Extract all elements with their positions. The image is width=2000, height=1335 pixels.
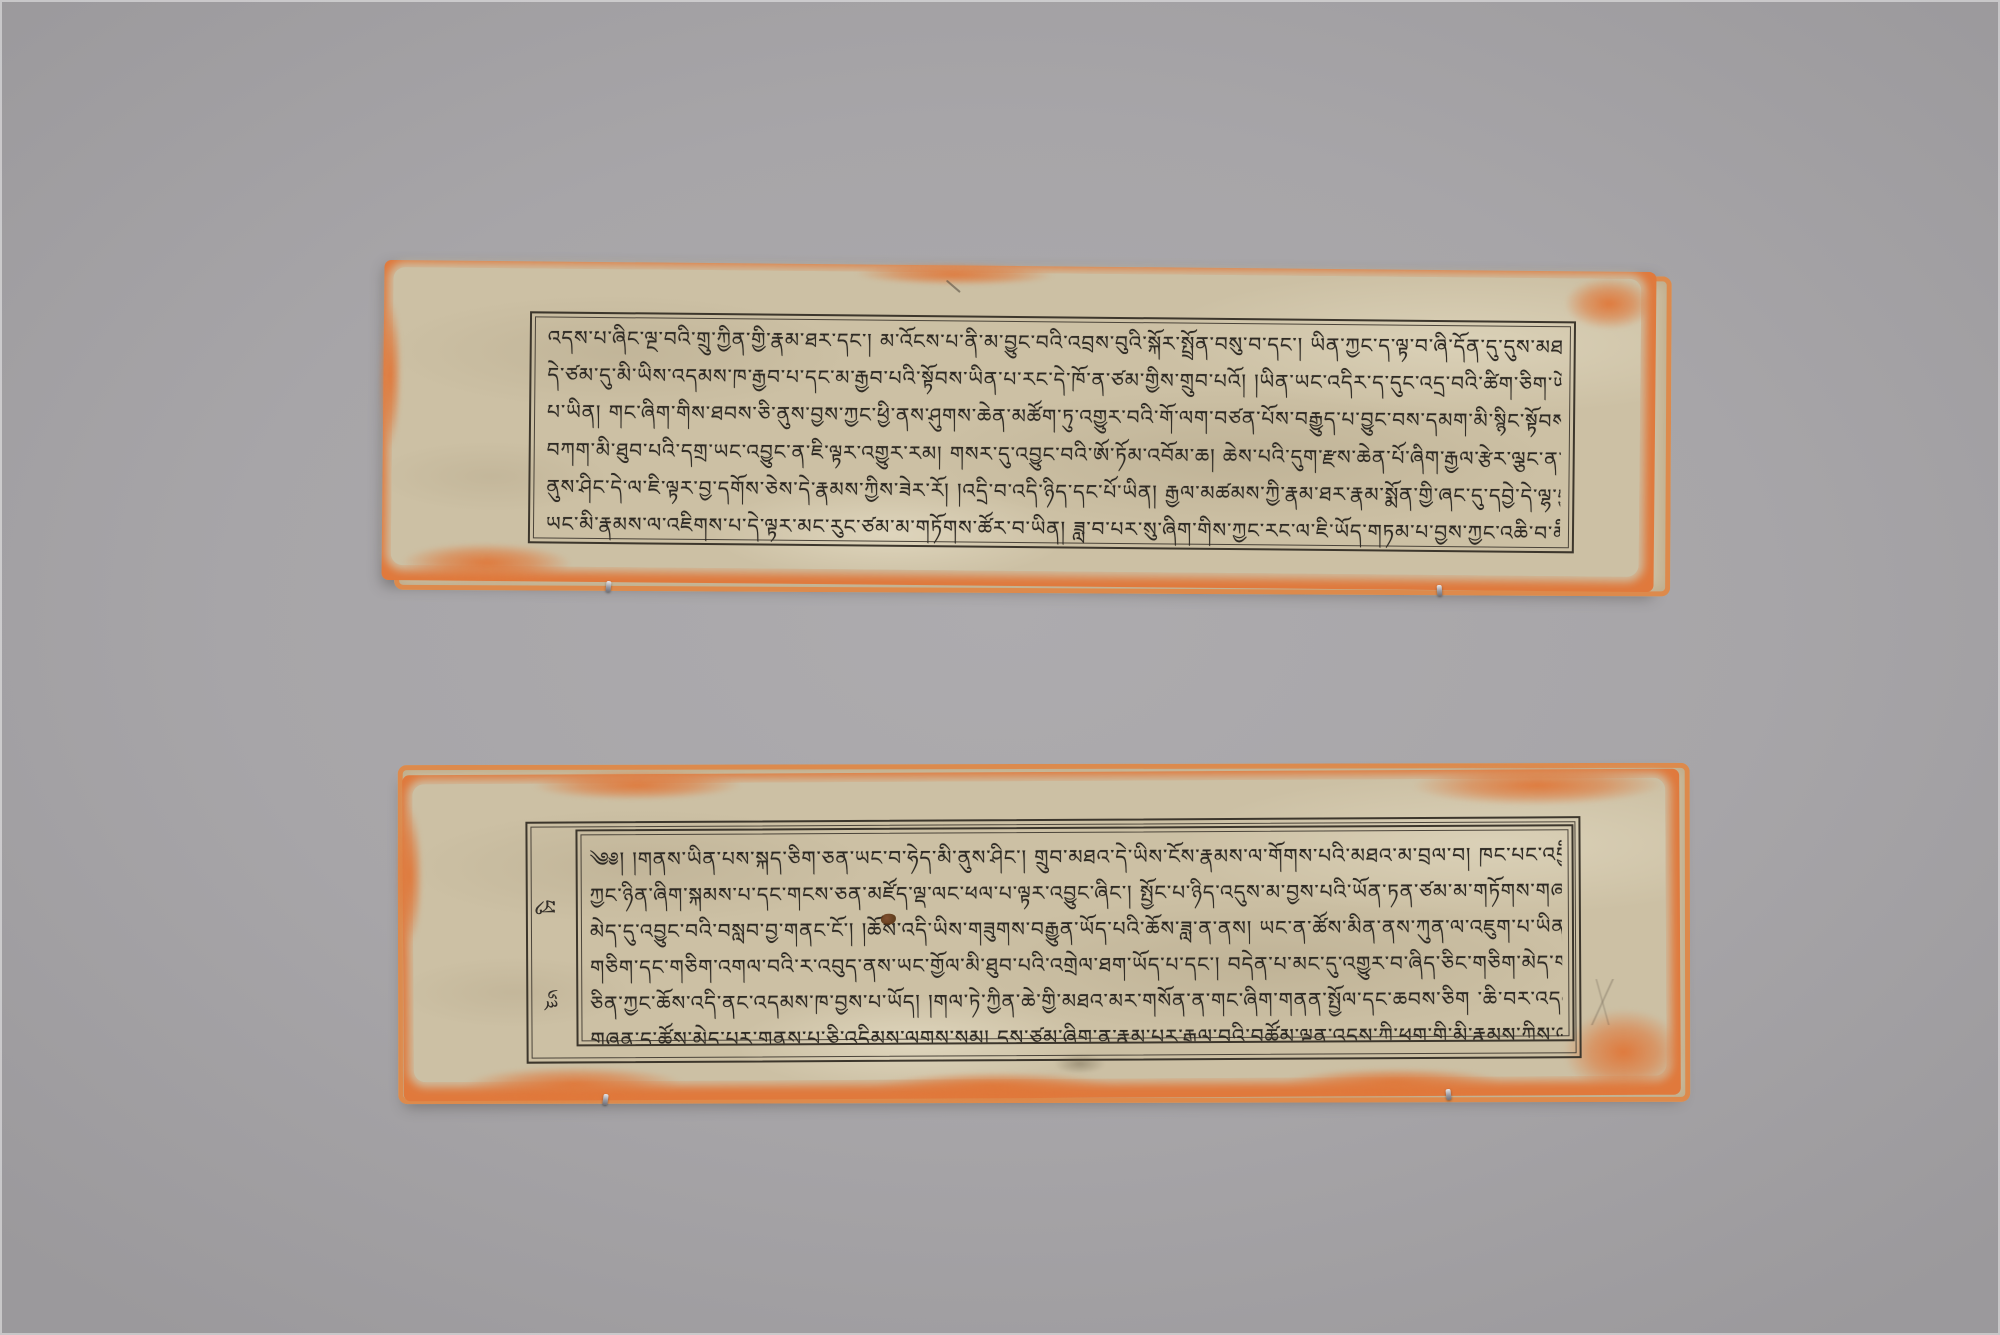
orange-bleed [1284,1068,1504,1097]
orange-bleed [401,542,571,584]
orange-bleed [874,1072,1114,1101]
printed-outer-frame: ཕུ ༦༣ ༄༅། །གནས་ཡིན་པས་སྐད་ཅིག་ཅན་ཡང་བ་ཧེ… [525,816,1581,1064]
text-block: འདས་པ་ཞིང་ལྔ་བའི་གྲུ་ཀྱིན་གྱི་རྣམ་ཐར་དང་… [530,313,1574,551]
orange-bleed [1412,765,1662,806]
photo-background: འདས་པ་ཞིང་ལྔ་བའི་གྲུ་ཀྱིན་གྱི་རྣམ་ཐར་དང་… [0,0,2000,1335]
printed-text-frame: འདས་པ་ཞིང་ལྔ་བའི་གྲུ་ཀྱིན་གྱི་རྣམ་ཐར་དང་… [528,311,1576,553]
manuscript-leaf-bottom: ཕུ ༦༣ ༄༅། །གནས་ཡིན་པས་སྐད་ཅིག་ཅན་ཡང་བ་ཧེ… [402,769,1681,1102]
margin-title-column: ཕུ ༦༣ [527,823,576,1061]
margin-folio-label: ཕུ [510,899,572,913]
mounting-pin [1437,585,1443,596]
orange-bleed [1564,277,1654,330]
printed-text-frame: ༄༅། །གནས་ཡིན་པས་སྐད་ཅིག་ཅན་ཡང་བ་ཧེད་མི་ན… [575,824,1574,1046]
text-line: ༄༅། །གནས་ཡིན་པས་སྐད་ཅིག་ཅན་ཡང་བ་ཧེད་མི་ན… [590,836,1562,877]
text-line: མེད་དུ་འབྱུང་བའི་བསླབ་བྱ་གནང་ངོ་། །ཆོས་འ… [590,908,1562,949]
orange-bleed [532,770,742,801]
orange-bleed [379,300,402,450]
text-line: ཅིན་ཀྱང་ཆོས་འདི་ནང་འདམས་ཁ་བྱས་པ་ཡོད། །གལ… [590,980,1562,1021]
mounting-pin [1445,1089,1451,1100]
orange-bleed [464,1066,684,1103]
text-block: ༄༅། །གནས་ཡིན་པས་སྐད་ཅིག་ཅན་ཡང་བ་ཧེད་མི་ན… [577,826,1572,1044]
scratch-marks [1568,979,1638,1025]
text-line: ཀྱང་ཉིན་ཞིག་སྐམས་པ་དང་གངས་ཅན་མཛོད་ལྡ་ལང་… [590,872,1562,913]
manuscript-leaf-top: འདས་པ་ཞིང་ལྔ་བའི་གྲུ་ཀྱིན་གྱི་རྣམ་ཐར་དང་… [381,260,1656,592]
margin-folio-number: ༦༣ [517,989,573,1010]
text-line: གཅིག་དང་གཅིག་འགལ་བའི་ར་འབུད་ནས་ཡང་གྱོལ་མ… [590,944,1562,985]
orange-bleed [396,805,423,945]
orange-bleed [854,262,1054,286]
text-line: གཞན་དུ་ཚོས་མེད་པར་གནས་པ་ཅི་འདྲིམས་ལགས་སམ… [590,1016,1562,1044]
